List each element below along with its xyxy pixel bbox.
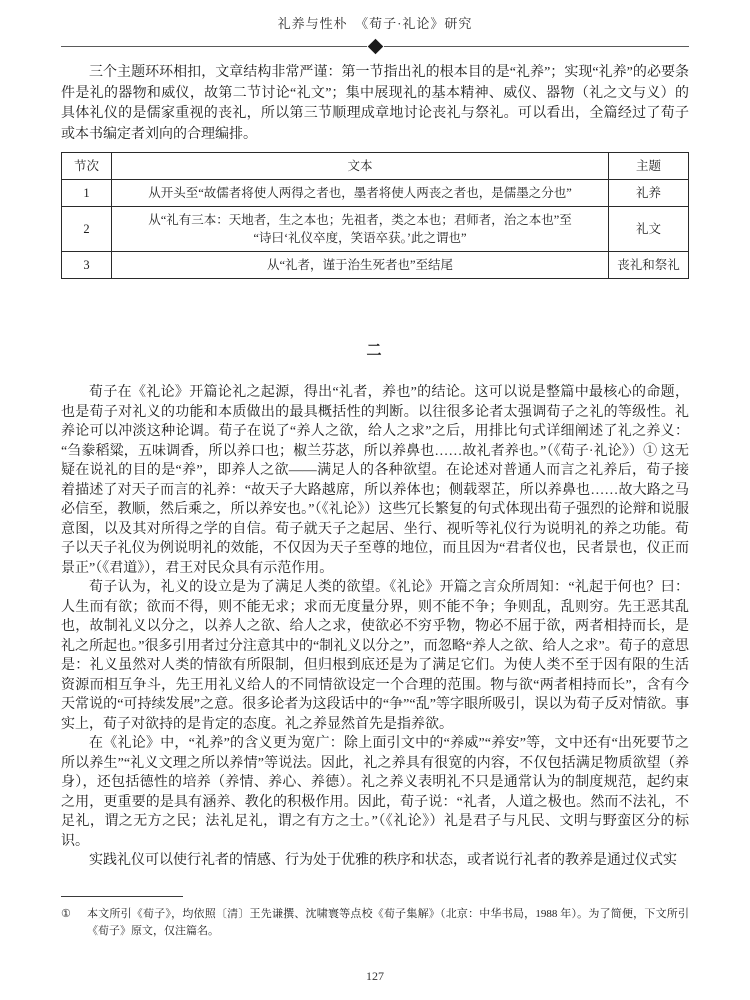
page-number: 127 (0, 969, 750, 984)
page-content: 三个主题环环相扣，文章结构非常严谨：第一节指出礼的根本目的是“礼养”；实现“礼养… (0, 63, 750, 871)
footnote-divider (61, 896, 183, 897)
section-heading: 二 (61, 341, 689, 361)
table-row: 2 从“礼有三本：天地者，生之本也；先祖者，类之本也；君师者，治之本也”至 “诗… (62, 207, 689, 252)
table-header-row: 节次 文本 主题 (62, 153, 689, 180)
cell-section-no: 3 (62, 252, 112, 279)
table-header-section-no: 节次 (62, 153, 112, 180)
book-page: 礼养与性朴 《荀子·礼论》研究 三个主题环环相扣，文章结构非常严谨：第一节指出礼… (0, 0, 750, 1000)
footnote-marker: ① (61, 906, 87, 940)
footnote-text: 本文所引《荀子》，均依照〔清〕王先谦撰、沈啸寰等点校《荀子集解》（北京：中华书局… (87, 906, 689, 940)
table-header-theme: 主题 (609, 153, 689, 180)
header-rule-right (384, 46, 690, 47)
body-paragraphs: 荀子在《礼论》开篇论礼之起源，得出“礼者，养也”的结论。这可以说是整篇中最核心的… (61, 383, 689, 871)
body-paragraph: 实践礼仪可以使行礼者的情感、行为处于优雅的秩序和状态，或者说行礼者的教养是通过仪… (61, 851, 689, 871)
table-header-text: 文本 (112, 153, 609, 180)
cell-text: 从“礼有三本：天地者，生之本也；先祖者，类之本也；君师者，治之本也”至 “诗曰‘… (112, 207, 609, 252)
cell-section-no: 1 (62, 180, 112, 207)
cell-text: 从“礼者，谨于治生死者也”至结尾 (112, 252, 609, 279)
body-paragraph: 荀子认为，礼义的设立是为了满足人类的欲望。《礼论》开篇之言众所周知：“礼起于何也… (61, 578, 689, 734)
diamond-icon (367, 39, 383, 55)
table-row: 3 从“礼者，谨于治生死者也”至结尾 丧礼和祭礼 (62, 252, 689, 279)
intro-paragraph: 三个主题环环相扣，文章结构非常严谨：第一节指出礼的根本目的是“礼养”；实现“礼养… (61, 63, 689, 145)
cell-section-no: 2 (62, 207, 112, 252)
body-paragraph: 在《礼论》中，“礼养”的含义更为宽广：除上面引文中的“养威”“养安”等，文中还有… (61, 734, 689, 851)
body-paragraph: 荀子在《礼论》开篇论礼之起源，得出“礼者，养也”的结论。这可以说是整篇中最核心的… (61, 383, 689, 578)
cell-theme: 礼文 (609, 207, 689, 252)
cell-theme: 丧礼和祭礼 (609, 252, 689, 279)
footnote-area: ① 本文所引《荀子》，均依照〔清〕王先谦撰、沈啸寰等点校《荀子集解》（北京：中华… (61, 896, 689, 940)
cell-theme: 礼养 (609, 180, 689, 207)
sections-table: 节次 文本 主题 1 从开头至“故儒者将使人两得之者也，墨者将使人两丧之者也，是… (61, 152, 689, 279)
footnote: ① 本文所引《荀子》，均依照〔清〕王先谦撰、沈啸寰等点校《荀子集解》（北京：中华… (61, 906, 689, 940)
header-rule (61, 41, 689, 52)
table-row: 1 从开头至“故儒者将使人两得之者也，墨者将使人两丧之者也，是儒墨之分也” 礼养 (62, 180, 689, 207)
cell-text: 从开头至“故儒者将使人两得之者也，墨者将使人两丧之者也，是儒墨之分也” (112, 180, 609, 207)
running-head-title: 礼养与性朴 《荀子·礼论》研究 (0, 0, 750, 32)
header-rule-left (61, 46, 367, 47)
